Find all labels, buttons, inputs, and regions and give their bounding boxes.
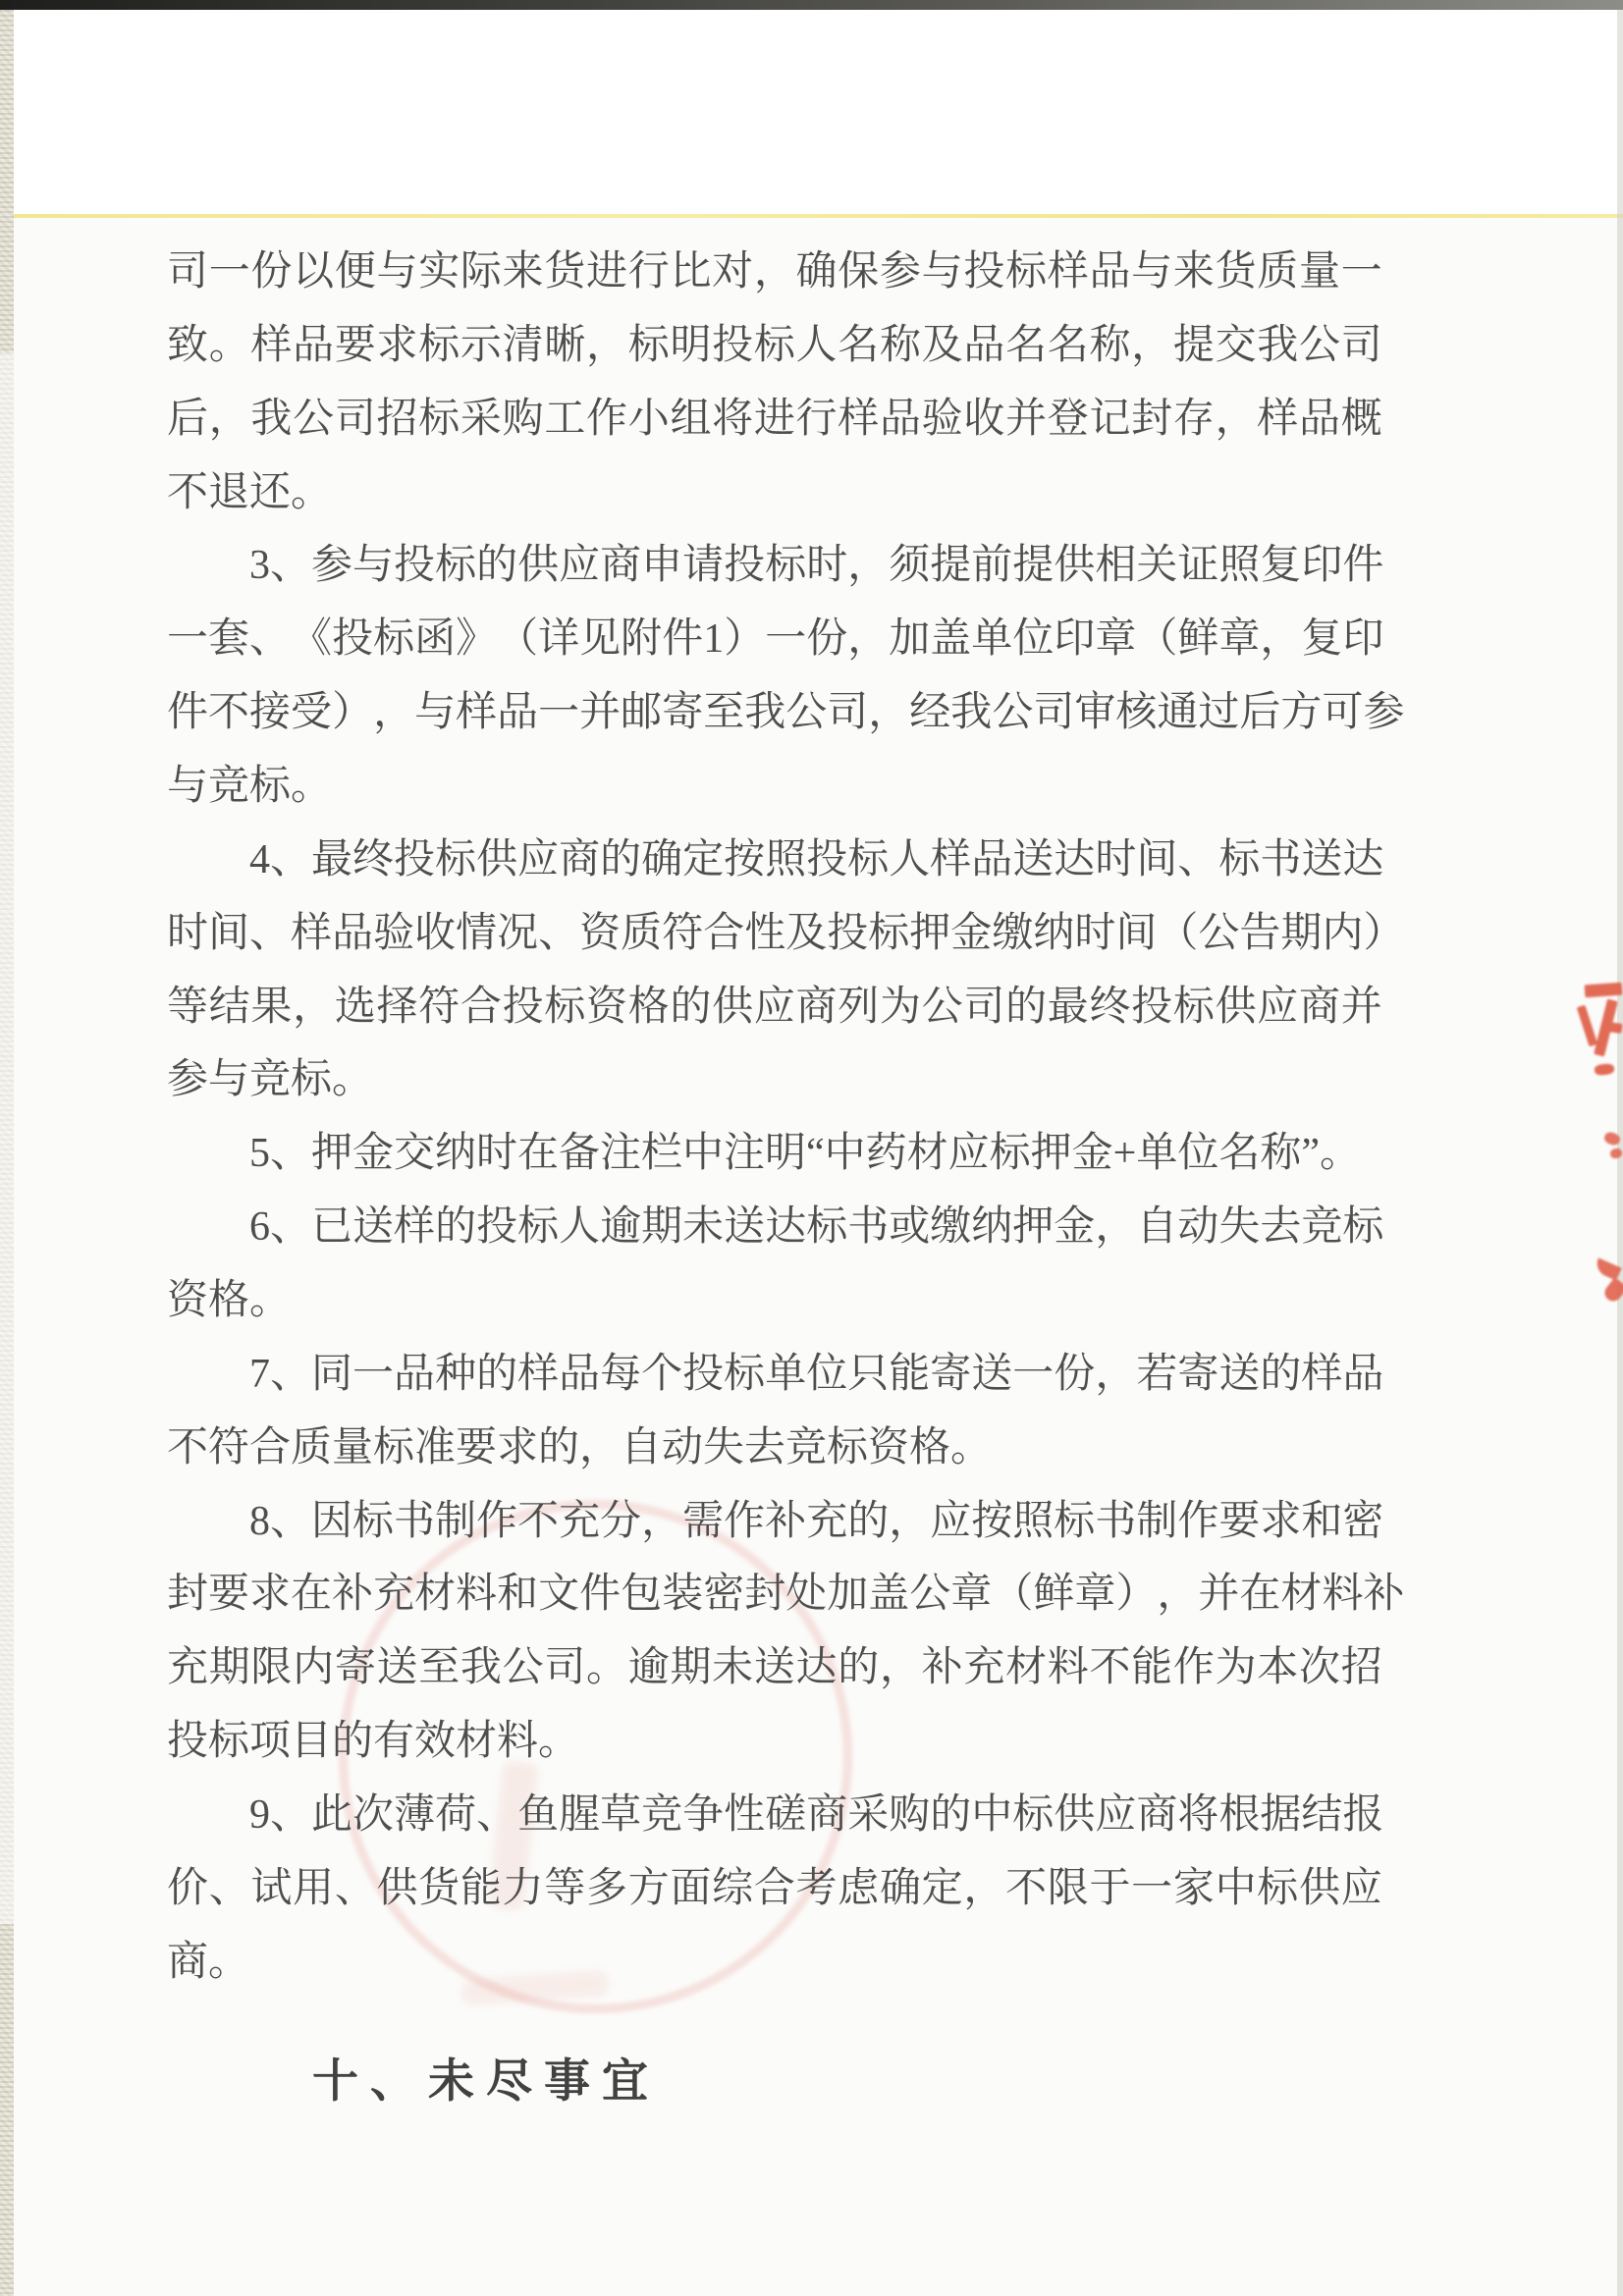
page-left-binding-edge [0,10,14,2296]
text-line: 7、同一品种的样品每个投标单位只能寄送一份，若寄送的样品 [167,1351,1382,1424]
yellow-separator-line [0,214,1623,218]
scanner-edge-top [0,0,1623,10]
text-line: 司一份以便与实际来货进行比对，确保参与投标样品与来货质量一 [167,248,1382,322]
text-line: 致。样品要求标示清晰，标明投标人名称及品名名称，提交我公司 [167,322,1382,396]
text-line: 资格。 [167,1277,1382,1351]
text-line: 与竞标。 [167,763,1382,836]
text-line: 价、试用、供货能力等多方面综合考虑确定，不限于一家中标供应 [167,1865,1382,1939]
text-line: 件不接受），与样品一并邮寄至我公司，经我公司审核通过后方可参 [167,689,1382,763]
text-line: 等结果，选择符合投标资格的供应商列为公司的最终投标供应商并 [167,984,1382,1057]
text-line: 不符合质量标准要求的，自动失去竞标资格。 [167,1424,1382,1498]
text-line: 6、已送样的投标人逾期未送达标书或缴纳押金，自动失去竞标 [167,1203,1382,1277]
text-line: 时间、样品验收情况、资质符合性及投标押金缴纳时间（公告期内） [167,910,1382,984]
text-line: 4、最终投标供应商的确定按照投标人样品送达时间、标书送达 [167,836,1382,910]
text-line: 不退还。 [167,469,1382,543]
section-heading: 十、未尽事宜 [312,2045,660,2110]
text-line: 8、因标书制作不充分，需作补充的，应按照标书制作要求和密 [167,1498,1382,1572]
text-line: 3、参与投标的供应商申请投标时，须提前提供相关证照复印件 [167,542,1382,615]
text-line: 后，我公司招标采购工作小组将进行样品验收并登记封存，样品概 [167,396,1382,469]
body-text-column: 司一份以便与实际来货进行比对，确保参与投标样品与来货质量一 致。样品要求标示清晰… [167,248,1382,2012]
text-line: 商。 [167,1939,1382,2012]
red-seal-fragment [1579,980,1623,1086]
page-top-margin [0,10,1623,214]
text-line: 9、此次薄荷、鱼腥草竞争性磋商采购的中标供应商将根据结报 [167,1791,1382,1865]
text-line: 充期限内寄送至我公司。逾期未送达的，补充材料不能作为本次招 [167,1644,1382,1718]
red-seal-fragment [1602,1131,1623,1164]
text-line: 一套、《投标函》（详见附件 1）一份，加盖单位印章（鲜章，复印 [167,615,1382,689]
red-seal-fragment [1593,1258,1623,1309]
text-line: 5、押金交纳时在备注栏中注明“中药材应标押金+单位名称”。 [167,1130,1382,1203]
text-line: 投标项目的有效材料。 [167,1718,1382,1791]
text-line: 封要求在补充材料和文件包装密封处加盖公章（鲜章），并在材料补 [167,1571,1382,1644]
text-line: 参与竞标。 [167,1056,1382,1130]
